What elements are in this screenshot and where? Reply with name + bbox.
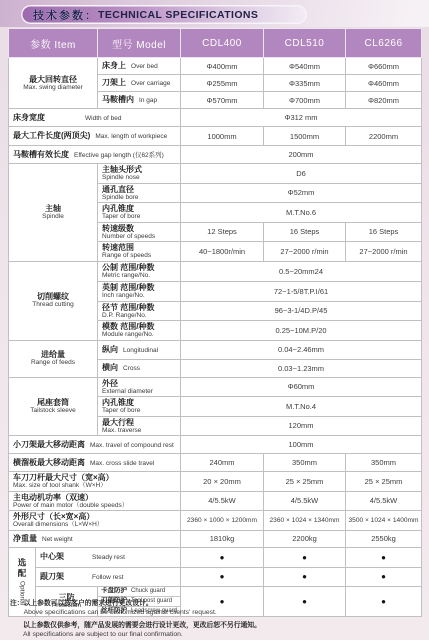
spec-value: 4/5.5kW	[264, 491, 346, 511]
spec-value: 0.5~20mm24	[181, 261, 422, 281]
spec-value: 0.04~2.46mm	[181, 340, 422, 359]
spec-value: Φ700mm	[264, 92, 346, 109]
spec-value: 4/5.5kW	[346, 491, 422, 511]
row-label: 小刀架最大移动距离Max. travel of compound rest	[9, 436, 181, 454]
spec-value: Φ60mm	[181, 377, 422, 397]
col-header-cdl510: CDL510	[264, 29, 346, 58]
row-compound-rest: 小刀架最大移动距离Max. travel of compound rest 10…	[9, 436, 422, 454]
row-label: 床身上Over bed	[98, 58, 181, 75]
page-title-en: TECHNICAL SPECIFICATIONS	[98, 9, 258, 21]
row-label: 最大工件长度(两顶尖)Max. length of workpiece	[9, 127, 181, 146]
spec-value: Φ335mm	[264, 75, 346, 92]
row-label: 横向Cross	[98, 359, 181, 377]
spec-value: Φ52mm	[181, 183, 422, 203]
option-dot: ●	[346, 567, 422, 586]
option-dot: ●	[181, 547, 264, 567]
row-label: 转速范围Range of speeds	[98, 242, 181, 262]
row-label: 内孔锥度Taper of bore	[98, 397, 181, 417]
spec-value: 16 Steps	[264, 222, 346, 242]
group-label-thread-cutting: 切削螺纹 Thread cutting	[9, 261, 98, 340]
table-header-row: 参数 Item 型号 Model CDL400 CDL510 CL6266	[9, 29, 422, 58]
row-steady-rest: 选配 Optional 中心架Steady rest ● ● ●	[9, 547, 422, 567]
option-dot: ●	[264, 547, 346, 567]
spec-value: 1810kg	[181, 530, 264, 547]
col-header-model: 型号 Model	[98, 29, 181, 58]
spec-value: 200mm	[181, 146, 422, 164]
col-header-cdl400: CDL400	[181, 29, 264, 58]
row-label: 净重量Net weight	[9, 530, 181, 547]
spec-value: Φ460mm	[346, 75, 422, 92]
spec-value: 0.03~1.23mm	[181, 359, 422, 377]
spec-value: 4/5.5kW	[181, 491, 264, 511]
row-label: 外形尺寸（长×宽×高）Overall dimensions（L×W×H）	[9, 511, 181, 531]
row-label: 车刀刀杆最大尺寸（宽×高）Max. size of tool shank（W×H…	[9, 472, 181, 492]
spec-value: 20 × 20mm	[181, 472, 264, 492]
footnote-1-en: Above specifications can be customized a…	[24, 609, 217, 618]
row-gap-length: 马鞍槽有效长度Effective gap length (仅62系列) 200m…	[9, 146, 422, 164]
row-net-weight: 净重量Net weight 1810kg 2200kg 2550kg	[9, 530, 422, 547]
spec-value: 27~2000 r/min	[346, 242, 422, 262]
row-label: 马鞍槽内In gap	[98, 92, 181, 109]
spec-value: 40~1800r/min	[181, 242, 264, 262]
footnote-2-zh: 以上参数仅供参考，随产品发展的需要会进行设计更改，更改后恕不另行通知。	[23, 622, 261, 631]
footnote-2: 以上参数仅供参考，随产品发展的需要会进行设计更改，更改后恕不另行通知。 All …	[10, 622, 420, 639]
col-header-item: 参数 Item	[9, 29, 98, 58]
footnotes: 注： 以上参数可以按客户的需求进行更改设计。 Above specificati…	[10, 600, 420, 640]
spec-value: 2360 × 1000 × 1200mm	[181, 511, 264, 531]
spec-value: D6	[181, 164, 422, 184]
row-bed-width: 床身宽度Width of bed Φ312 mm	[9, 109, 422, 127]
row-longitudinal-feed: 进给量 Range of feeds 纵向Longitudinal 0.04~2…	[9, 340, 422, 359]
spec-value: Φ570mm	[181, 92, 264, 109]
spec-value: 2200kg	[264, 530, 346, 547]
spec-value: 16 Steps	[346, 222, 422, 242]
spec-value: Φ820mm	[346, 92, 422, 109]
row-label: 横溜板最大移动距离Max. cross slide travel	[9, 454, 181, 472]
row-label: 跟刀架Follow rest	[36, 567, 181, 586]
row-label: 主轴头形式Spindle nose	[98, 164, 181, 184]
spec-value: 1500mm	[264, 127, 346, 146]
row-tailstock-diameter: 尾座套筒 Tailstock sleeve 外径External diamete…	[9, 377, 422, 397]
group-label-swing-diameter: 最大回转直径 Max. swing diameter	[9, 58, 98, 109]
guard-item: 卡盘防护Chuck guard	[98, 587, 180, 596]
spec-value: M.T.No.6	[181, 203, 422, 223]
row-label: 外径External diameter	[98, 377, 181, 397]
footnote-2-en: All specifications are subject to our fi…	[23, 631, 261, 640]
row-label: 径节 范围/种数D.P. Range/No.	[98, 301, 181, 321]
row-label: 马鞍槽有效长度Effective gap length (仅62系列)	[9, 146, 181, 164]
spec-value: 25 × 25mm	[346, 472, 422, 492]
group-label-tailstock: 尾座套筒 Tailstock sleeve	[9, 377, 98, 436]
group-label-spindle: 主轴 Spindle	[9, 164, 98, 262]
row-cross-slide: 横溜板最大移动距离Max. cross slide travel 240mm 3…	[9, 454, 422, 472]
spec-value: 96~3-1/4D.P/45	[181, 301, 422, 321]
footnote-1-zh: 以上参数可以按客户的需求进行更改设计。	[24, 600, 217, 609]
spec-value: 2360 × 1024 × 1340mm	[264, 511, 346, 531]
row-spindle-nose: 主轴 Spindle 主轴头形式Spindle nose D6	[9, 164, 422, 184]
row-label: 公制 范围/种数Metric range/No.	[98, 261, 181, 281]
spec-value: 72~1-5/8T.P.I/61	[181, 281, 422, 301]
spec-value: 12 Steps	[181, 222, 264, 242]
spec-value: Φ255mm	[181, 75, 264, 92]
row-label: 最大行程Max. traverse	[98, 416, 181, 436]
spec-value: 350mm	[264, 454, 346, 472]
page-title: 技术参数： TECHNICAL SPECIFICATIONS	[21, 5, 307, 24]
footnote-prefix: 注：	[10, 600, 24, 617]
row-label: 转速级数Number of speeds	[98, 222, 181, 242]
row-max-workpiece: 最大工件长度(两顶尖)Max. length of workpiece 1000…	[9, 127, 422, 146]
row-tool-shank: 车刀刀杆最大尺寸（宽×高）Max. size of tool shank（W×H…	[9, 472, 422, 492]
option-dot: ●	[181, 567, 264, 586]
spec-value: 350mm	[346, 454, 422, 472]
row-overall-dimensions: 外形尺寸（长×宽×高）Overall dimensions（L×W×H） 236…	[9, 511, 422, 531]
spec-value: 25 × 25mm	[264, 472, 346, 492]
option-dot: ●	[346, 547, 422, 567]
technical-specifications-table: 参数 Item 型号 Model CDL400 CDL510 CL6266 最大…	[8, 28, 422, 617]
col-header-cl6266: CL6266	[346, 29, 422, 58]
spec-value: 2550kg	[346, 530, 422, 547]
row-label: 通孔直径Spindle bore	[98, 183, 181, 203]
spec-value: 100mm	[181, 436, 422, 454]
spec-value: 27~2000 r/min	[264, 242, 346, 262]
page-title-zh: 技术参数：	[33, 7, 98, 23]
spec-value: 0.25~10M.P/20	[181, 321, 422, 341]
spec-value: M.T.No.4	[181, 397, 422, 417]
row-label: 中心架Steady rest	[36, 547, 181, 567]
spec-value: 1000mm	[181, 127, 264, 146]
spec-value: Φ312 mm	[181, 109, 422, 127]
row-over-bed: 最大回转直径 Max. swing diameter 床身上Over bed Φ…	[9, 58, 422, 75]
spec-value: 120mm	[181, 416, 422, 436]
row-label: 床身宽度Width of bed	[9, 109, 181, 127]
footnote-1: 注： 以上参数可以按客户的需求进行更改设计。 Above specificati…	[10, 600, 420, 617]
row-main-motor: 主电动机功率（双速）Power of main motor（double spe…	[9, 491, 422, 511]
spec-value: 2200mm	[346, 127, 422, 146]
spec-value: Φ400mm	[181, 58, 264, 75]
row-label: 内孔锥度Taper of bore	[98, 203, 181, 223]
spec-value: Φ660mm	[346, 58, 422, 75]
row-metric-range: 切削螺纹 Thread cutting 公制 范围/种数Metric range…	[9, 261, 422, 281]
spec-value: Φ540mm	[264, 58, 346, 75]
row-label: 纵向Longitudinal	[98, 340, 181, 359]
row-label: 主电动机功率（双速）Power of main motor（double spe…	[9, 491, 181, 511]
spec-value: 3500 × 1024 × 1400mm	[346, 511, 422, 531]
spec-value: 240mm	[181, 454, 264, 472]
row-label: 英制 范围/种数Inch range/No.	[98, 281, 181, 301]
row-label: 模数 范围/种数Module range/No.	[98, 321, 181, 341]
row-follow-rest: 跟刀架Follow rest ● ● ●	[9, 567, 422, 586]
group-label-feeds: 进给量 Range of feeds	[9, 340, 98, 377]
option-dot: ●	[264, 567, 346, 586]
row-label: 刀架上Over carriage	[98, 75, 181, 92]
